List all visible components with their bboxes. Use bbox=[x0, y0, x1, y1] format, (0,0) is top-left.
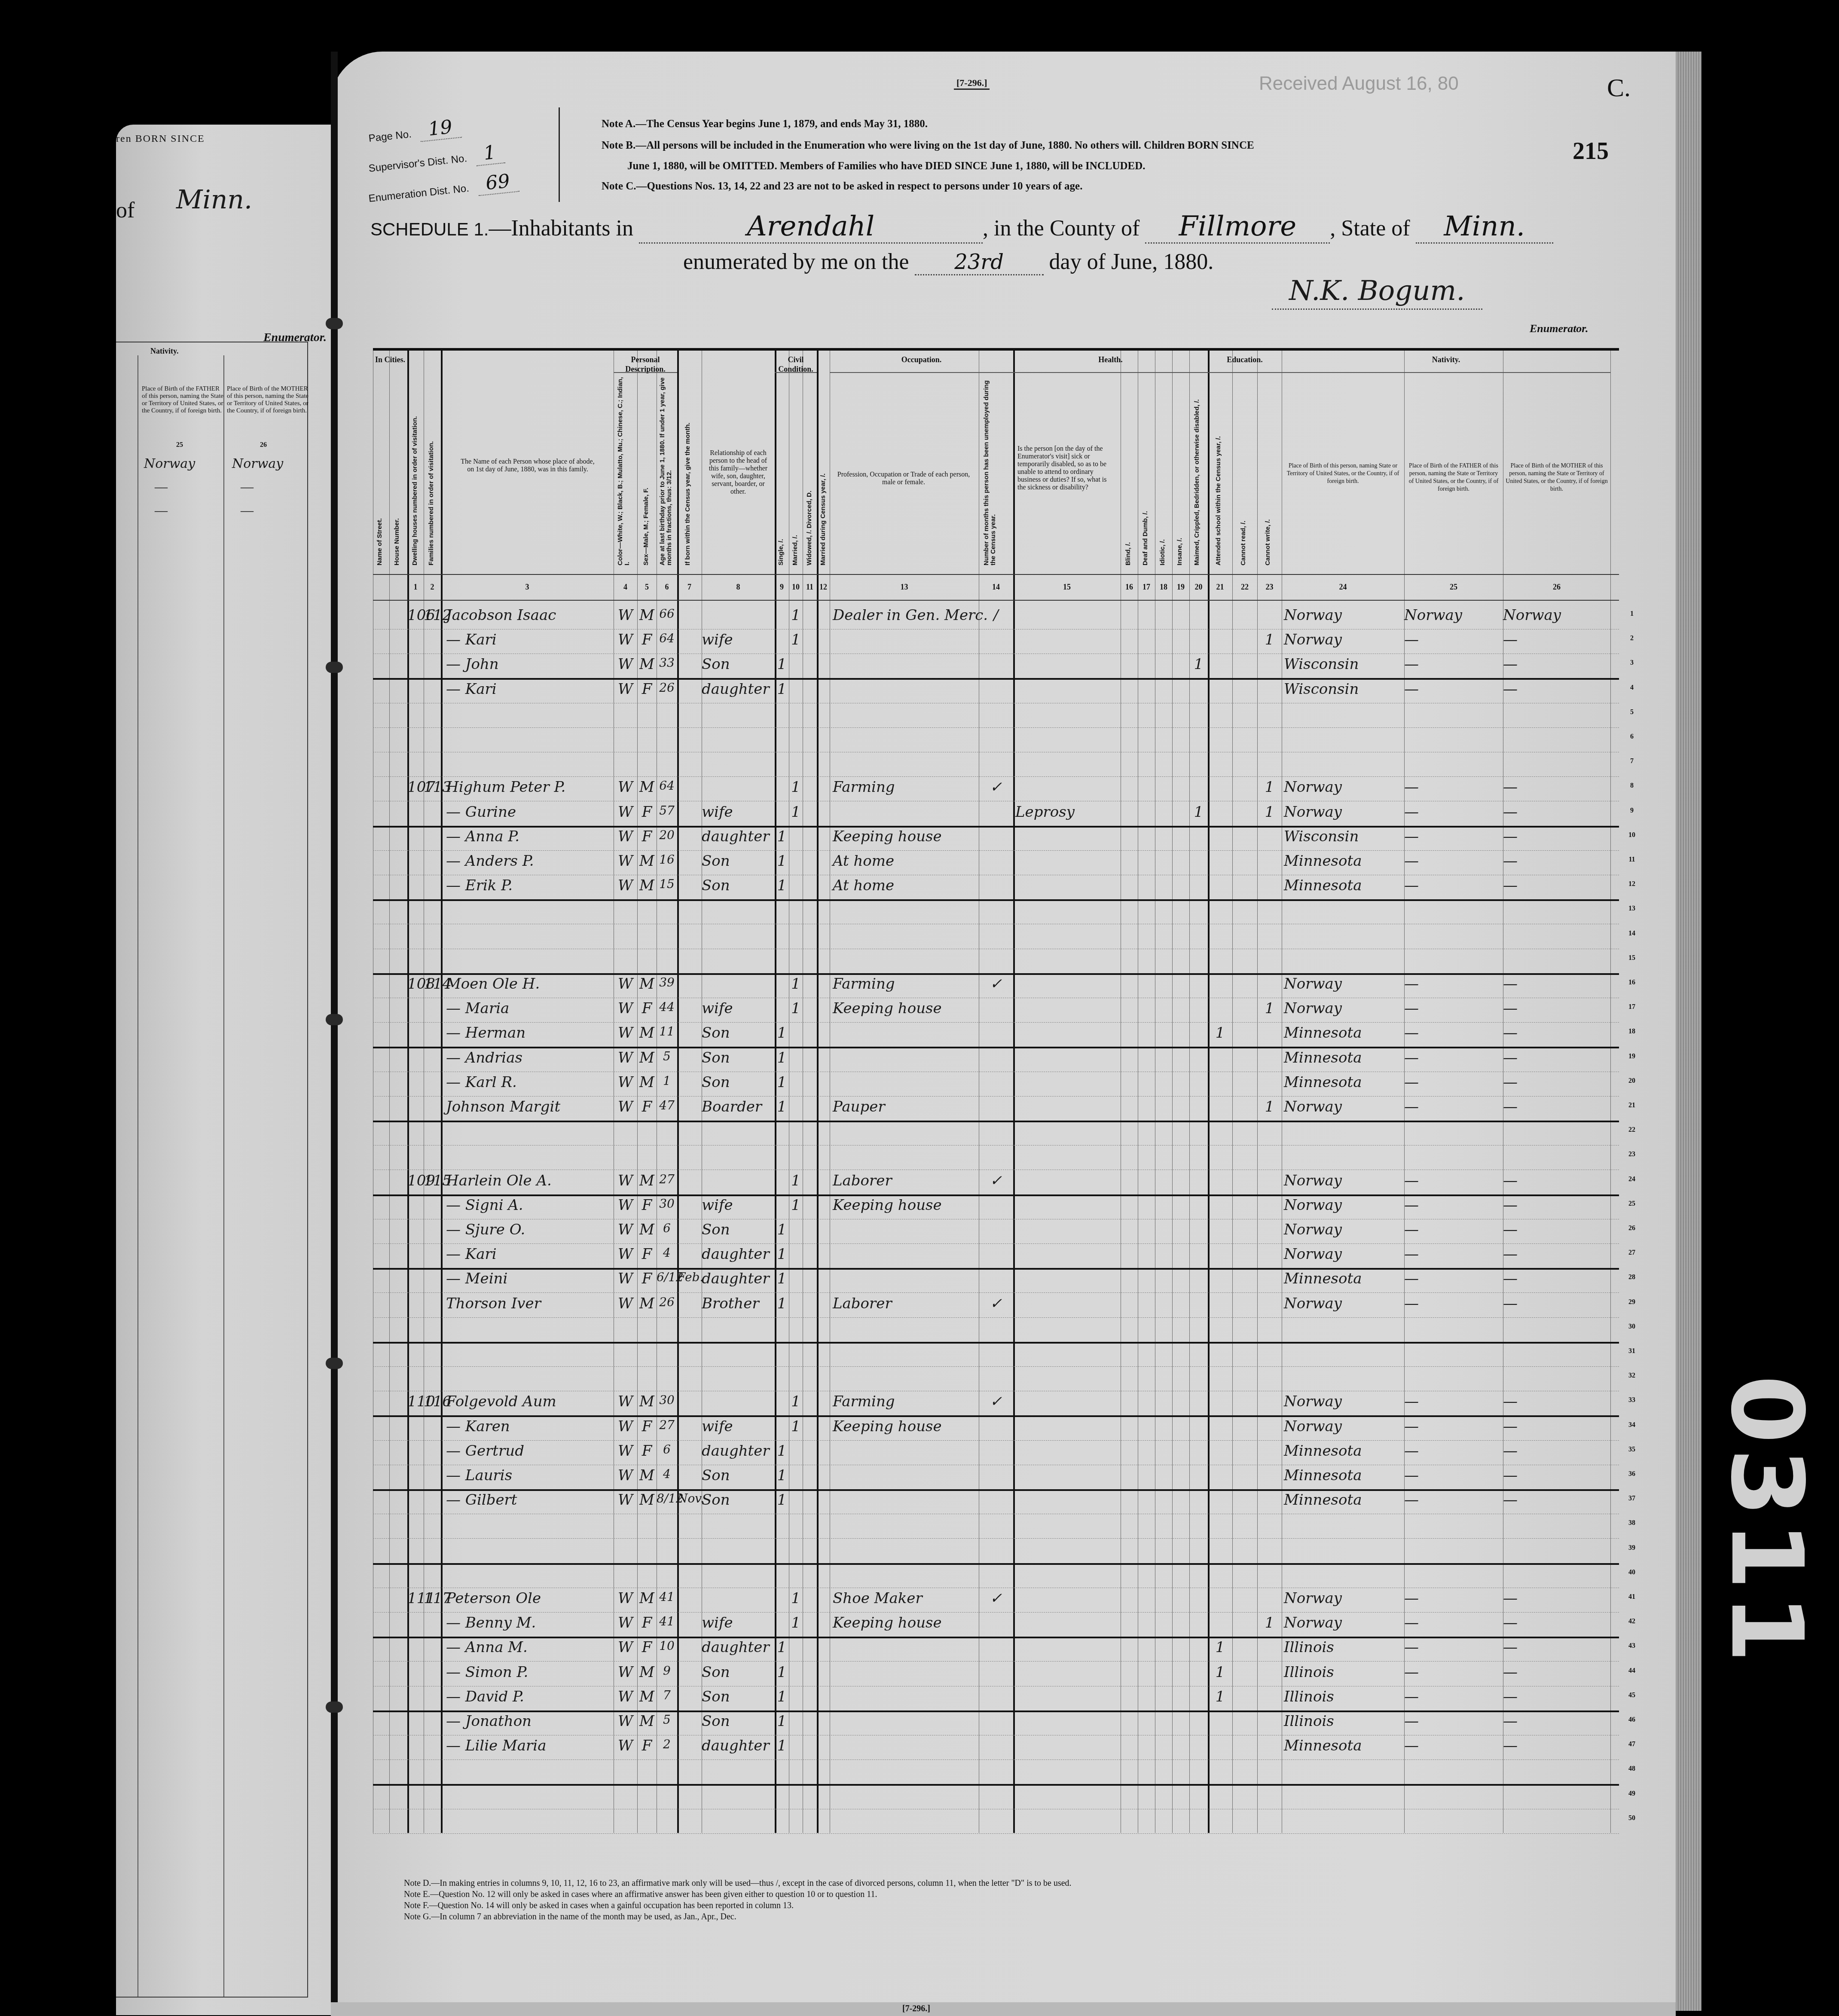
sex-value: F bbox=[637, 1197, 657, 1218]
relationship-value bbox=[702, 1320, 775, 1341]
enumeration-date-line: enumerated by me on the 23rd day of June… bbox=[683, 249, 1213, 275]
header-deaf-dumb: Deaf and Dumb, /. bbox=[1142, 480, 1149, 565]
maimed-mark bbox=[1189, 1713, 1208, 1734]
age-value bbox=[657, 730, 677, 751]
occupation-value bbox=[833, 1024, 979, 1046]
school-mark bbox=[1208, 1614, 1232, 1636]
birth-month-value bbox=[677, 1049, 702, 1071]
birth-month-value bbox=[677, 901, 702, 923]
single-mark: 1 bbox=[775, 1049, 789, 1071]
person-name: — Andrias bbox=[446, 1049, 614, 1071]
family-number bbox=[424, 1442, 441, 1464]
line-number: 33 bbox=[1623, 1396, 1640, 1404]
relationship-value: daughter bbox=[702, 1737, 775, 1759]
color-value: W bbox=[614, 1442, 637, 1464]
birthplace-value: Wisconsin bbox=[1284, 828, 1404, 849]
school-mark bbox=[1208, 926, 1232, 948]
birthplace-value bbox=[1284, 1147, 1404, 1169]
widowed-mark bbox=[803, 1368, 817, 1390]
school-mark bbox=[1208, 852, 1232, 874]
maimed-mark bbox=[1189, 877, 1208, 898]
married-mark: 1 bbox=[789, 1000, 803, 1021]
line-number: 30 bbox=[1623, 1323, 1640, 1331]
unemployed-mark bbox=[979, 1000, 1013, 1021]
occupation-value: Keeping house bbox=[833, 1614, 979, 1636]
table-row: 107113Highum Peter P.WM641Farming✓1Norwa… bbox=[373, 776, 1619, 801]
sickness-value bbox=[1015, 1418, 1121, 1439]
unemployed-mark bbox=[979, 1049, 1013, 1071]
father-birthplace-value: — bbox=[1404, 803, 1503, 825]
header-months-unemployed: Number of months this person has been un… bbox=[983, 376, 1009, 565]
unemployed-mark bbox=[979, 1221, 1013, 1243]
cannot-read-mark bbox=[1232, 705, 1257, 727]
header-widowed-divorced: Widowed, /. Divorced, D. bbox=[806, 437, 813, 565]
birthplace-value bbox=[1284, 1344, 1404, 1365]
line-number: 36 bbox=[1623, 1470, 1640, 1478]
cannot-read-mark bbox=[1232, 1049, 1257, 1071]
widowed-mark bbox=[803, 1737, 817, 1759]
school-mark: 1 bbox=[1208, 1664, 1232, 1685]
birthplace-value bbox=[1284, 951, 1404, 972]
header-dwelling: Dwelling houses numbered in order of vis… bbox=[412, 385, 419, 565]
left-state-value: Minn. bbox=[176, 185, 252, 215]
cannot-read-mark bbox=[1232, 1614, 1257, 1636]
single-mark bbox=[775, 1393, 789, 1414]
sex-value: F bbox=[637, 1614, 657, 1636]
birthplace-value bbox=[1284, 1565, 1404, 1587]
father-birthplace-value bbox=[1404, 1344, 1503, 1365]
birthplace-value bbox=[1284, 1123, 1404, 1144]
person-name: — Anna M. bbox=[446, 1639, 614, 1660]
occupation-value bbox=[833, 1565, 979, 1587]
relationship-value bbox=[702, 926, 775, 948]
relationship-value: daughter bbox=[702, 1442, 775, 1464]
birthplace-value: Illinois bbox=[1284, 1713, 1404, 1734]
cannot-write-mark bbox=[1257, 1639, 1282, 1660]
line-number: 35 bbox=[1623, 1446, 1640, 1454]
birthplace-value: Norway bbox=[1284, 1590, 1404, 1611]
line-number: 10 bbox=[1623, 831, 1640, 839]
unemployed-mark bbox=[979, 1811, 1013, 1833]
relationship-value bbox=[702, 975, 775, 997]
supervisor-dist-value: 1 bbox=[474, 141, 505, 166]
left-nativity-title: Nativity. bbox=[150, 347, 179, 356]
mother-birthplace-value bbox=[1503, 754, 1610, 776]
family-number bbox=[424, 631, 441, 653]
table-row: — GilbertWM8/12Nov.Son1Minnesota——37 bbox=[373, 1489, 1619, 1514]
group-in-cities: In Cities. bbox=[373, 355, 407, 364]
married-mark bbox=[789, 754, 803, 776]
cannot-read-mark bbox=[1232, 1344, 1257, 1365]
dwelling-number bbox=[407, 1344, 424, 1365]
school-mark bbox=[1208, 631, 1232, 653]
note-g: Note G.—In column 7 an abbreviation in t… bbox=[404, 1911, 1263, 1922]
widowed-mark bbox=[803, 1467, 817, 1488]
single-mark: 1 bbox=[775, 1467, 789, 1488]
age-value bbox=[657, 1541, 677, 1562]
family-number bbox=[424, 1295, 441, 1317]
person-name: — Gilbert bbox=[446, 1491, 614, 1513]
married-mark: 1 bbox=[789, 1393, 803, 1414]
table-row: — Benny M.WF41wife1Keeping house1Norway—… bbox=[373, 1612, 1619, 1638]
widowed-mark bbox=[803, 828, 817, 849]
mother-birthplace-value bbox=[1503, 1787, 1610, 1808]
family-number bbox=[424, 1811, 441, 1833]
widowed-mark bbox=[803, 1491, 817, 1513]
cannot-read-mark bbox=[1232, 1590, 1257, 1611]
person-name: — Anders P. bbox=[446, 852, 614, 874]
age-value: 26 bbox=[657, 681, 677, 702]
widowed-mark bbox=[803, 803, 817, 825]
father-birthplace-value: — bbox=[1404, 656, 1503, 677]
birth-month-value bbox=[677, 1320, 702, 1341]
birthplace-value: Norway bbox=[1284, 1418, 1404, 1439]
line-number: 23 bbox=[1623, 1151, 1640, 1158]
maimed-mark bbox=[1189, 1221, 1208, 1243]
maimed-mark bbox=[1189, 1467, 1208, 1488]
occupation-value bbox=[833, 1270, 979, 1292]
color-value bbox=[614, 951, 637, 972]
sex-value: M bbox=[637, 1664, 657, 1685]
school-mark bbox=[1208, 1713, 1232, 1734]
color-value: W bbox=[614, 1713, 637, 1734]
age-value: 8/12 bbox=[657, 1491, 677, 1513]
color-value: W bbox=[614, 1270, 637, 1292]
occupation-value bbox=[833, 705, 979, 727]
birth-month-value bbox=[677, 1541, 702, 1562]
married-mark: 1 bbox=[789, 975, 803, 997]
family-number bbox=[424, 1688, 441, 1710]
school-mark bbox=[1208, 705, 1232, 727]
sickness-value: Leprosy bbox=[1015, 803, 1121, 825]
line-number: 19 bbox=[1623, 1053, 1640, 1060]
family-number bbox=[424, 1270, 441, 1292]
color-value: W bbox=[614, 1074, 637, 1095]
form-code: [7-296.] bbox=[954, 77, 990, 90]
sickness-value bbox=[1015, 1197, 1121, 1218]
sickness-value bbox=[1015, 1098, 1121, 1120]
birthplace-value: Norway bbox=[1284, 975, 1404, 997]
school-mark bbox=[1208, 1270, 1232, 1292]
birthplace-value: Minnesota bbox=[1284, 1270, 1404, 1292]
unemployed-mark bbox=[979, 1737, 1013, 1759]
single-mark: 1 bbox=[775, 1074, 789, 1095]
sickness-value bbox=[1015, 1074, 1121, 1095]
mother-birthplace-value bbox=[1503, 1368, 1610, 1390]
birth-month-value bbox=[677, 1368, 702, 1390]
cannot-write-mark bbox=[1257, 1147, 1282, 1169]
cannot-read-mark bbox=[1232, 1024, 1257, 1046]
married-mark: 1 bbox=[789, 607, 803, 628]
township-field: Arendahl bbox=[639, 211, 983, 244]
line-number: 47 bbox=[1623, 1741, 1640, 1748]
sickness-value bbox=[1015, 1368, 1121, 1390]
married-mark bbox=[789, 951, 803, 972]
birth-month-value bbox=[677, 1221, 702, 1243]
birthplace-value bbox=[1284, 1787, 1404, 1808]
sex-value bbox=[637, 1565, 657, 1587]
sickness-value bbox=[1015, 1000, 1121, 1021]
header-name: The Name of each Person whose place of a… bbox=[459, 458, 596, 473]
line-number: 4 bbox=[1623, 684, 1640, 692]
dwelling-number: 108 bbox=[407, 975, 424, 997]
family-number bbox=[424, 1787, 441, 1808]
dwelling-number: 110 bbox=[407, 1393, 424, 1414]
birthplace-value: Wisconsin bbox=[1284, 656, 1404, 677]
unemployed-mark: ✓ bbox=[979, 779, 1013, 800]
column-number: 15 bbox=[1013, 583, 1121, 592]
cannot-write-mark bbox=[1257, 1565, 1282, 1587]
dwelling-number bbox=[407, 1467, 424, 1488]
birth-month-value bbox=[677, 1664, 702, 1685]
cannot-read-mark bbox=[1232, 1713, 1257, 1734]
family-number bbox=[424, 877, 441, 898]
age-value: 6/12 bbox=[657, 1270, 677, 1292]
unemployed-mark: ✓ bbox=[979, 975, 1013, 997]
family-number bbox=[424, 1197, 441, 1218]
sex-value bbox=[637, 1368, 657, 1390]
birth-month-value bbox=[677, 1614, 702, 1636]
family-number bbox=[424, 705, 441, 727]
color-value: W bbox=[614, 681, 637, 702]
sex-value bbox=[637, 754, 657, 776]
birthplace-value bbox=[1284, 1368, 1404, 1390]
cannot-read-mark bbox=[1232, 1000, 1257, 1021]
father-birthplace-value: — bbox=[1404, 779, 1503, 800]
cannot-write-mark bbox=[1257, 754, 1282, 776]
birth-month-value bbox=[677, 1442, 702, 1464]
birth-month-value bbox=[677, 1295, 702, 1317]
dwelling-number bbox=[407, 1147, 424, 1169]
unemployed-mark bbox=[979, 681, 1013, 702]
cannot-read-mark bbox=[1232, 631, 1257, 653]
unemployed-mark bbox=[979, 1074, 1013, 1095]
unemployed-mark: ✓ bbox=[979, 1172, 1013, 1194]
relationship-value bbox=[702, 951, 775, 972]
father-birthplace-value: — bbox=[1404, 1442, 1503, 1464]
next-page-form-code: [7-296.] bbox=[902, 2004, 930, 2014]
person-name: Folgevold Aum bbox=[446, 1393, 614, 1414]
relationship-value bbox=[702, 779, 775, 800]
father-birthplace-value bbox=[1404, 926, 1503, 948]
sickness-value bbox=[1015, 1320, 1121, 1341]
single-mark bbox=[775, 779, 789, 800]
age-value: 6 bbox=[657, 1442, 677, 1464]
father-birthplace-value: — bbox=[1404, 1295, 1503, 1317]
relationship-value bbox=[702, 1541, 775, 1562]
father-birthplace-value: — bbox=[1404, 631, 1503, 653]
cannot-write-mark bbox=[1257, 705, 1282, 727]
sex-value: F bbox=[637, 1098, 657, 1120]
person-name: — Kari bbox=[446, 631, 614, 653]
father-birthplace-value: — bbox=[1404, 681, 1503, 702]
mother-birthplace-value: — bbox=[1503, 681, 1610, 702]
dwelling-number bbox=[407, 1565, 424, 1587]
occupation-value bbox=[833, 631, 979, 653]
single-mark: 1 bbox=[775, 1295, 789, 1317]
microfilm-frame-number: 0311 bbox=[1714, 1315, 1818, 1727]
relationship-value: Boarder bbox=[702, 1098, 775, 1120]
schedule-text: —Inhabitants in bbox=[489, 216, 633, 241]
maimed-mark bbox=[1189, 1664, 1208, 1685]
header-street: Name of Street. bbox=[376, 385, 383, 565]
sickness-value bbox=[1015, 1737, 1121, 1759]
line-number: 32 bbox=[1623, 1372, 1640, 1380]
cannot-read-mark bbox=[1232, 1246, 1257, 1267]
age-value bbox=[657, 926, 677, 948]
table-row: — KariWF4daughter1Norway——27 bbox=[373, 1243, 1619, 1270]
birth-month-value bbox=[677, 607, 702, 628]
sex-value: F bbox=[637, 803, 657, 825]
maimed-mark bbox=[1189, 828, 1208, 849]
widowed-mark bbox=[803, 1295, 817, 1317]
widowed-mark bbox=[803, 1246, 817, 1267]
father-birthplace-value: — bbox=[1404, 1074, 1503, 1095]
sex-value: M bbox=[637, 1590, 657, 1611]
sex-value bbox=[637, 1541, 657, 1562]
person-name bbox=[446, 926, 614, 948]
birth-month-value bbox=[677, 681, 702, 702]
column-number: 9 bbox=[775, 583, 789, 592]
school-mark bbox=[1208, 803, 1232, 825]
age-value: 27 bbox=[657, 1418, 677, 1439]
cannot-read-mark bbox=[1232, 1565, 1257, 1587]
table-row: 38 bbox=[373, 1513, 1619, 1539]
column-number: 25 bbox=[1404, 583, 1503, 592]
left-entry-dash: — bbox=[155, 504, 168, 518]
relationship-value bbox=[702, 1344, 775, 1365]
line-number: 20 bbox=[1623, 1077, 1640, 1085]
widowed-mark bbox=[803, 1098, 817, 1120]
sickness-value bbox=[1015, 1295, 1121, 1317]
person-name: — Herman bbox=[446, 1024, 614, 1046]
birthplace-value: Minnesota bbox=[1284, 852, 1404, 874]
relationship-value bbox=[702, 1368, 775, 1390]
state-label: , State of bbox=[1330, 216, 1410, 241]
table-row: 30 bbox=[373, 1317, 1619, 1344]
family-number bbox=[424, 754, 441, 776]
relationship-value: daughter bbox=[702, 828, 775, 849]
dwelling-number: 107 bbox=[407, 779, 424, 800]
birthplace-value: Norway bbox=[1284, 1197, 1404, 1218]
color-value bbox=[614, 1541, 637, 1562]
widowed-mark bbox=[803, 1811, 817, 1833]
color-value: W bbox=[614, 975, 637, 997]
header-birth-month: If born within the Census year, give the… bbox=[684, 376, 691, 565]
relationship-value: Son bbox=[702, 1024, 775, 1046]
sickness-value bbox=[1015, 1172, 1121, 1194]
cannot-write-mark bbox=[1257, 1541, 1282, 1562]
sickness-value bbox=[1015, 901, 1121, 923]
single-mark: 1 bbox=[775, 681, 789, 702]
father-birthplace-value bbox=[1404, 1787, 1503, 1808]
left-born-since-text: ren BORN SINCE bbox=[116, 133, 205, 145]
married-mark bbox=[789, 1565, 803, 1587]
family-number bbox=[424, 1737, 441, 1759]
family-number bbox=[424, 1049, 441, 1071]
widowed-mark bbox=[803, 1442, 817, 1464]
color-value: W bbox=[614, 1418, 637, 1439]
table-row: — JonathonWM5Son1Illinois——46 bbox=[373, 1710, 1619, 1735]
maimed-mark bbox=[1189, 1320, 1208, 1341]
cannot-write-mark bbox=[1257, 1320, 1282, 1341]
sex-value bbox=[637, 1123, 657, 1144]
sickness-value bbox=[1015, 656, 1121, 677]
dwelling-number: 111 bbox=[407, 1590, 424, 1611]
occupation-value bbox=[833, 1787, 979, 1808]
dwelling-number bbox=[407, 730, 424, 751]
age-value: 11 bbox=[657, 1024, 677, 1046]
person-name: — Benny M. bbox=[446, 1614, 614, 1636]
occupation-value bbox=[833, 681, 979, 702]
father-birthplace-value bbox=[1404, 1811, 1503, 1833]
married-mark: 1 bbox=[789, 1172, 803, 1194]
color-value: W bbox=[614, 1737, 637, 1759]
married-mark: 1 bbox=[789, 779, 803, 800]
age-value: 2 bbox=[657, 1737, 677, 1759]
color-value: W bbox=[614, 828, 637, 849]
person-name bbox=[446, 901, 614, 923]
school-mark bbox=[1208, 1295, 1232, 1317]
father-birthplace-value bbox=[1404, 1541, 1503, 1562]
cannot-read-mark bbox=[1232, 1147, 1257, 1169]
sex-value: M bbox=[637, 975, 657, 997]
single-mark: 1 bbox=[775, 1737, 789, 1759]
cannot-write-mark bbox=[1257, 926, 1282, 948]
birth-month-value bbox=[677, 730, 702, 751]
widowed-mark bbox=[803, 1221, 817, 1243]
family-number bbox=[424, 1762, 441, 1783]
cannot-write-mark: 1 bbox=[1257, 1000, 1282, 1021]
birthplace-value bbox=[1284, 1541, 1404, 1562]
relationship-value bbox=[702, 901, 775, 923]
unemployed-mark bbox=[979, 1197, 1013, 1218]
dwelling-number bbox=[407, 754, 424, 776]
birth-month-value bbox=[677, 1418, 702, 1439]
person-name bbox=[446, 705, 614, 727]
dwelling-number bbox=[407, 1123, 424, 1144]
header-single: Single, /. bbox=[778, 480, 785, 565]
birth-month-value bbox=[677, 1565, 702, 1587]
birthplace-value: Minnesota bbox=[1284, 1491, 1404, 1513]
table-row: — Anders P.WM16Son1At homeMinnesota——11 bbox=[373, 850, 1619, 875]
sex-value: F bbox=[637, 1737, 657, 1759]
line-number: 45 bbox=[1623, 1692, 1640, 1699]
color-value bbox=[614, 1811, 637, 1833]
person-name: Moen Ole H. bbox=[446, 975, 614, 997]
school-mark bbox=[1208, 975, 1232, 997]
dwelling-number bbox=[407, 1614, 424, 1636]
note-c: Note C.—Questions Nos. 13, 14, 22 and 23… bbox=[602, 180, 1082, 192]
cannot-write-mark bbox=[1257, 1270, 1282, 1292]
age-value bbox=[657, 1123, 677, 1144]
single-mark: 1 bbox=[775, 1221, 789, 1243]
married-mark bbox=[789, 1811, 803, 1833]
relationship-value: daughter bbox=[702, 1246, 775, 1267]
married-mark bbox=[789, 1516, 803, 1537]
binder-ring bbox=[326, 1358, 343, 1369]
mother-birthplace-value: — bbox=[1503, 1664, 1610, 1685]
table-row: Thorson IverWM26Brother1Laborer✓Norway——… bbox=[373, 1292, 1619, 1318]
color-value: W bbox=[614, 631, 637, 653]
cannot-read-mark bbox=[1232, 877, 1257, 898]
age-value: 26 bbox=[657, 1295, 677, 1317]
header-married-census-year: Married during Census year, /. bbox=[820, 415, 827, 565]
age-value bbox=[657, 901, 677, 923]
widowed-mark bbox=[803, 1320, 817, 1341]
school-mark bbox=[1208, 1442, 1232, 1464]
age-value: 1 bbox=[657, 1074, 677, 1095]
